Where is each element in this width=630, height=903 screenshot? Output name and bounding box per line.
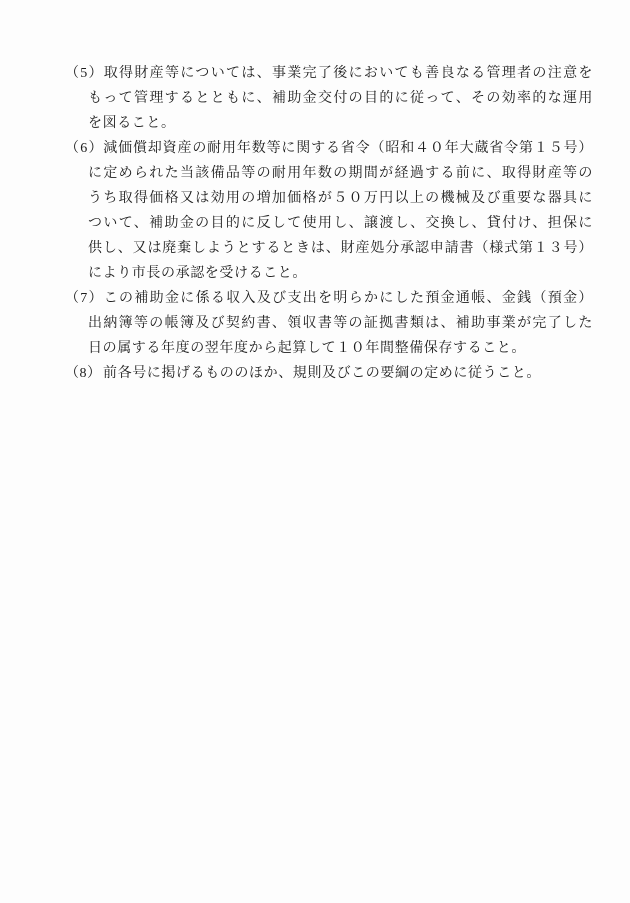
line: （8）前各号に掲げるもののほか、規則及びこの要綱の定めに従うこと。 bbox=[65, 361, 593, 386]
line-text: 取得財産等については、事業完了後においても善良なる管理者の注意を bbox=[103, 66, 593, 81]
line: に定められた当該備品等の耐用年数の期間が経過する前に、取得財産等の bbox=[88, 161, 593, 186]
item-number: （8） bbox=[65, 361, 103, 386]
clause-item-8: （8）前各号に掲げるもののほか、規則及びこの要綱の定めに従うこと。 bbox=[65, 361, 593, 386]
line: うち取得価格又は効用の増加価格が５０万円以上の機械及び重要な器具に bbox=[88, 186, 593, 211]
line: （6）減価償却資産の耐用年数等に関する省令（昭和４０年大蔵省令第１５号） bbox=[65, 136, 593, 161]
clause-item-6: （6）減価償却資産の耐用年数等に関する省令（昭和４０年大蔵省令第１５号） に定め… bbox=[65, 136, 593, 286]
line: 日の属する年度の翌年度から起算して１０年間整備保存すること。 bbox=[88, 336, 593, 361]
item-number: （7） bbox=[65, 286, 103, 311]
line: （7）この補助金に係る収入及び支出を明らかにした預金通帳、金銭（預金） bbox=[65, 286, 593, 311]
line: 供し、又は廃棄しようとするときは、財産処分承認申請書（様式第１３号） bbox=[88, 236, 593, 261]
clause-item-7: （7）この補助金に係る収入及び支出を明らかにした預金通帳、金銭（預金） 出納簿等… bbox=[65, 286, 593, 361]
line: 出納簿等の帳簿及び契約書、領収書等の証拠書類は、補助事業が完了した bbox=[88, 311, 593, 336]
line-text: この補助金に係る収入及び支出を明らかにした預金通帳、金銭（預金） bbox=[103, 291, 593, 306]
line: により市長の承認を受けること。 bbox=[88, 261, 593, 286]
document-page: （5）取得財産等については、事業完了後においても善良なる管理者の注意を もって管… bbox=[0, 0, 630, 903]
line: （5）取得財産等については、事業完了後においても善良なる管理者の注意を bbox=[65, 61, 593, 86]
line: もって管理するとともに、補助金交付の目的に従って、その効率的な運用 bbox=[88, 86, 593, 111]
line: を図ること。 bbox=[88, 111, 593, 136]
clause-item-5: （5）取得財産等については、事業完了後においても善良なる管理者の注意を もって管… bbox=[65, 61, 593, 136]
line-text: 前各号に掲げるもののほか、規則及びこの要綱の定めに従うこと。 bbox=[103, 366, 541, 381]
line-text: 減価償却資産の耐用年数等に関する省令（昭和４０年大蔵省令第１５号） bbox=[103, 141, 593, 156]
item-number: （6） bbox=[65, 136, 103, 161]
document-body: （5）取得財産等については、事業完了後においても善良なる管理者の注意を もって管… bbox=[65, 61, 593, 386]
item-number: （5） bbox=[65, 61, 103, 86]
line: ついて、補助金の目的に反して使用し、譲渡し、交換し、貸付け、担保に bbox=[88, 211, 593, 236]
